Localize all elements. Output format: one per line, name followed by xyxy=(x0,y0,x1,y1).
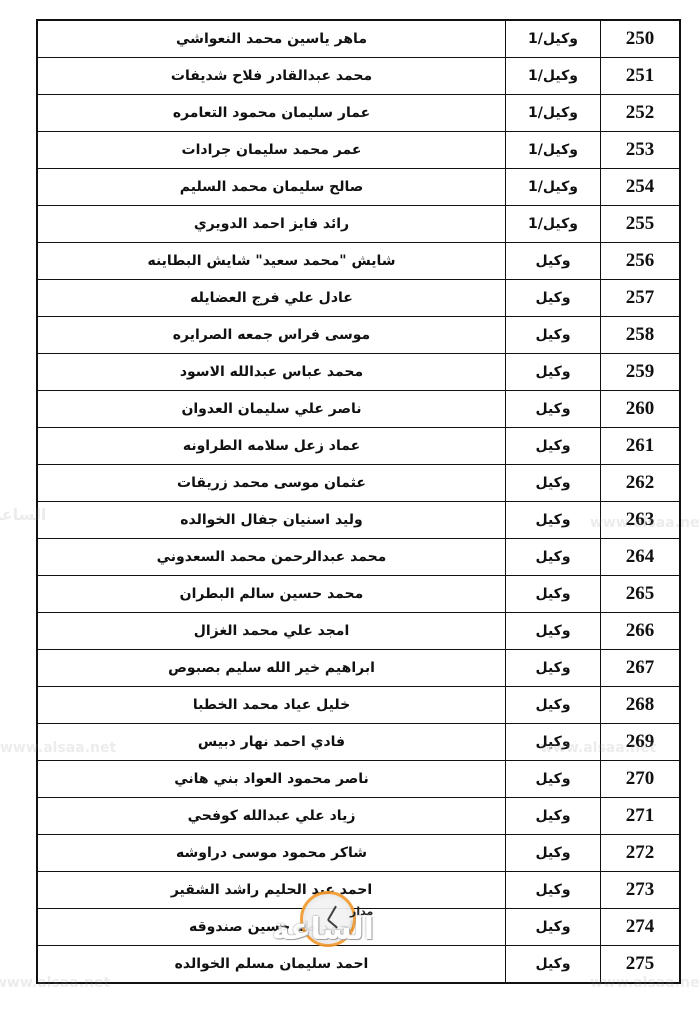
row-rank: وكيل xyxy=(506,465,601,502)
row-name: محمد عباس عبدالله الاسود xyxy=(37,354,506,391)
document-page: 250وكيل/1ماهر ياسين محمد النعواشي251وكيل… xyxy=(0,0,700,1012)
row-rank: وكيل/1 xyxy=(506,132,601,169)
row-name: وليد اسنيان جفال الخوالده xyxy=(37,502,506,539)
row-number: 265 xyxy=(601,576,681,613)
row-name: محمد حسين سالم البطران xyxy=(37,576,506,613)
table-row: 255وكيل/1رائد فايز احمد الدويري xyxy=(37,206,680,243)
row-number: 252 xyxy=(601,95,681,132)
row-rank: وكيل xyxy=(506,317,601,354)
row-name: فادي احمد نهار دبيس xyxy=(37,724,506,761)
personnel-table: 250وكيل/1ماهر ياسين محمد النعواشي251وكيل… xyxy=(36,19,681,984)
table-row: 272وكيلشاكر محمود موسى دراوشه xyxy=(37,835,680,872)
row-rank: وكيل xyxy=(506,502,601,539)
table-row: 268وكيلخليل عياد محمد الخطبا xyxy=(37,687,680,724)
row-name: محمد عبدالقادر فلاح شديفات xyxy=(37,58,506,95)
row-number: 258 xyxy=(601,317,681,354)
table-row: 261وكيلعماد زعل سلامه الطراونه xyxy=(37,428,680,465)
table-row: 270وكيلناصر محمود العواد بني هاني xyxy=(37,761,680,798)
row-name: ناصر محمود العواد بني هاني xyxy=(37,761,506,798)
row-name: ابراهيم خير الله سليم بصبوص xyxy=(37,650,506,687)
row-number: 263 xyxy=(601,502,681,539)
row-rank: وكيل xyxy=(506,354,601,391)
row-number: 254 xyxy=(601,169,681,206)
row-name: محمد عبدالرحمن محمد السعدوني xyxy=(37,539,506,576)
row-number: 267 xyxy=(601,650,681,687)
row-number: 266 xyxy=(601,613,681,650)
table-row: 256وكيلشايش "محمد سعيد" شايش البطاينه xyxy=(37,243,680,280)
row-number: 264 xyxy=(601,539,681,576)
row-rank: وكيل/1 xyxy=(506,20,601,58)
row-number: 259 xyxy=(601,354,681,391)
table-row: 260وكيلناصر علي سليمان العدوان xyxy=(37,391,680,428)
row-rank: وكيل xyxy=(506,909,601,946)
row-number: 256 xyxy=(601,243,681,280)
row-number: 257 xyxy=(601,280,681,317)
table-row: 253وكيل/1عمر محمد سليمان جرادات xyxy=(37,132,680,169)
row-name: عادل علي فرج العضايله xyxy=(37,280,506,317)
row-rank: وكيل/1 xyxy=(506,95,601,132)
table-row: 269وكيلفادي احمد نهار دبيس xyxy=(37,724,680,761)
row-rank: وكيل xyxy=(506,687,601,724)
row-number: 268 xyxy=(601,687,681,724)
row-rank: وكيل xyxy=(506,798,601,835)
row-rank: وكيل xyxy=(506,835,601,872)
row-rank: وكيل xyxy=(506,576,601,613)
row-rank: وكيل xyxy=(506,761,601,798)
row-number: 261 xyxy=(601,428,681,465)
row-rank: وكيل xyxy=(506,539,601,576)
row-number: 250 xyxy=(601,20,681,58)
row-name: شايش "محمد سعيد" شايش البطاينه xyxy=(37,243,506,280)
row-number: 271 xyxy=(601,798,681,835)
row-number: 262 xyxy=(601,465,681,502)
row-name: ماهر ياسين محمد النعواشي xyxy=(37,20,506,58)
row-name: ناصر علي سليمان العدوان xyxy=(37,391,506,428)
row-rank: وكيل/1 xyxy=(506,206,601,243)
table-row: 262وكيلعثمان موسى محمد زريقات xyxy=(37,465,680,502)
table-row: 271وكيلزياد علي عبدالله كوفحي xyxy=(37,798,680,835)
row-name: امجد علي محمد الغزال xyxy=(37,613,506,650)
row-rank: وكيل xyxy=(506,872,601,909)
row-number: 269 xyxy=(601,724,681,761)
row-rank: وكيل xyxy=(506,613,601,650)
row-number: 251 xyxy=(601,58,681,95)
row-name: عثمان موسى محمد زريقات xyxy=(37,465,506,502)
row-rank: وكيل xyxy=(506,724,601,761)
row-rank: وكيل/1 xyxy=(506,58,601,95)
row-rank: وكيل xyxy=(506,280,601,317)
table-row: 267وكيلابراهيم خير الله سليم بصبوص xyxy=(37,650,680,687)
row-name: عمر محمد سليمان جرادات xyxy=(37,132,506,169)
table-row: 263وكيلوليد اسنيان جفال الخوالده xyxy=(37,502,680,539)
row-rank: وكيل xyxy=(506,946,601,984)
row-rank: وكيل xyxy=(506,428,601,465)
row-number: 272 xyxy=(601,835,681,872)
row-name: رائد فايز احمد الدويري xyxy=(37,206,506,243)
row-number: 275 xyxy=(601,946,681,984)
personnel-table-body: 250وكيل/1ماهر ياسين محمد النعواشي251وكيل… xyxy=(37,20,680,983)
logo-brand: الساعة xyxy=(272,912,374,947)
row-number: 273 xyxy=(601,872,681,909)
table-row: 251وكيل/1محمد عبدالقادر فلاح شديفات xyxy=(37,58,680,95)
row-number: 274 xyxy=(601,909,681,946)
row-number: 255 xyxy=(601,206,681,243)
table-row: 254وكيل/1صالح سليمان محمد السليم xyxy=(37,169,680,206)
row-name: زياد علي عبدالله كوفحي xyxy=(37,798,506,835)
table-row: 258وكيلموسى فراس جمعه الصرايره xyxy=(37,317,680,354)
row-name: احمد عبد الحليم راشد الشقير xyxy=(37,872,506,909)
row-name: عمار سليمان محمود التعامره xyxy=(37,95,506,132)
table-row: 259وكيلمحمد عباس عبدالله الاسود xyxy=(37,354,680,391)
row-name: احمد سليمان مسلم الخوالده xyxy=(37,946,506,984)
row-rank: وكيل xyxy=(506,243,601,280)
row-rank: وكيل/1 xyxy=(506,169,601,206)
row-name: صالح سليمان محمد السليم xyxy=(37,169,506,206)
row-name: موسى فراس جمعه الصرايره xyxy=(37,317,506,354)
row-name: خليل عياد محمد الخطبا xyxy=(37,687,506,724)
table-row: 250وكيل/1ماهر ياسين محمد النعواشي xyxy=(37,20,680,58)
table-row: 252وكيل/1عمار سليمان محمود التعامره xyxy=(37,95,680,132)
table-row: 266وكيلامجد علي محمد الغزال xyxy=(37,613,680,650)
row-rank: وكيل xyxy=(506,391,601,428)
row-number: 260 xyxy=(601,391,681,428)
table-row: 273وكيلاحمد عبد الحليم راشد الشقير xyxy=(37,872,680,909)
row-name: عماد زعل سلامه الطراونه xyxy=(37,428,506,465)
row-number: 270 xyxy=(601,761,681,798)
table-row: 257وكيلعادل علي فرج العضايله xyxy=(37,280,680,317)
row-name: شاكر محمود موسى دراوشه xyxy=(37,835,506,872)
table-row: 275وكيلاحمد سليمان مسلم الخوالده xyxy=(37,946,680,984)
table-row: 265وكيلمحمد حسين سالم البطران xyxy=(37,576,680,613)
row-number: 253 xyxy=(601,132,681,169)
row-rank: وكيل xyxy=(506,650,601,687)
table-row: 264وكيلمحمد عبدالرحمن محمد السعدوني xyxy=(37,539,680,576)
